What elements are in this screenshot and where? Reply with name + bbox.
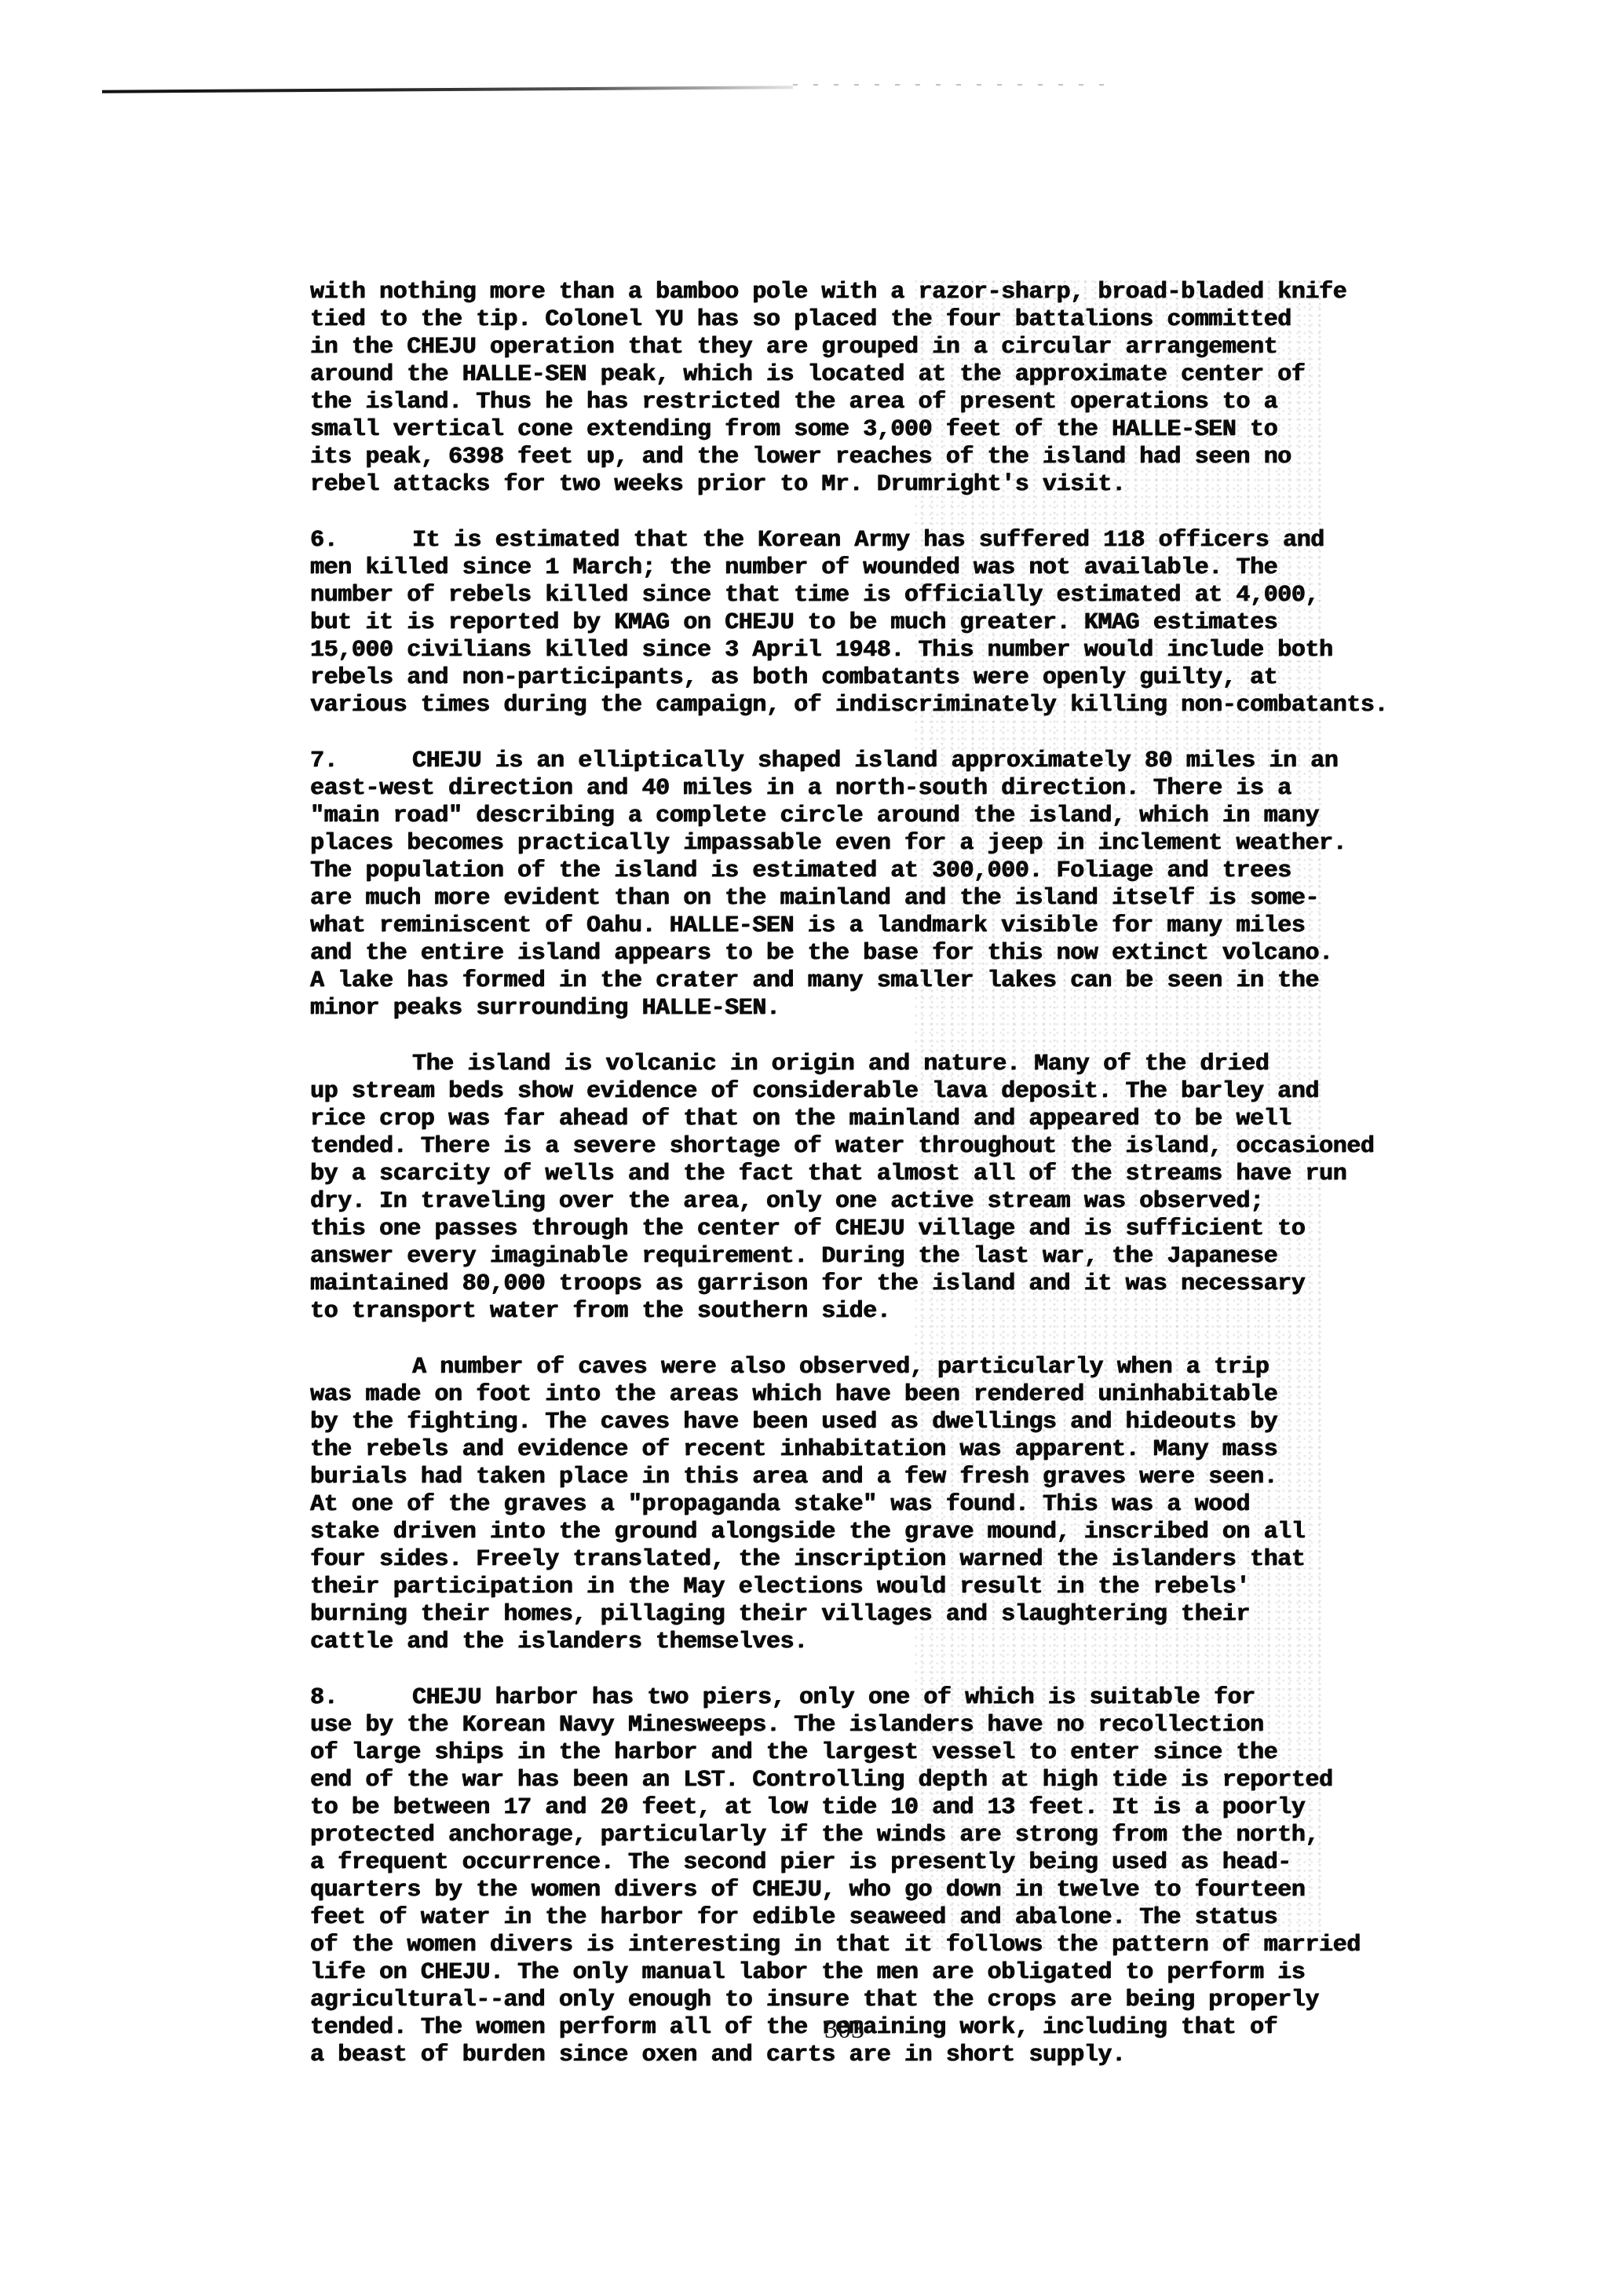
text-line: of large ships in the harbor and the lar… [310, 1739, 1323, 1767]
text-line: cattle and the islanders themselves. [310, 1629, 1323, 1656]
text-line: end of the war has been an LST. Controll… [310, 1767, 1323, 1794]
text-line: but it is reported by KMAG on CHEJU to b… [310, 609, 1323, 637]
text-line: burials had taken place in this area and… [310, 1464, 1323, 1491]
text-line: the rebels and evidence of recent inhabi… [310, 1436, 1323, 1464]
text-line: small vertical cone extending from some … [310, 416, 1323, 444]
paragraph-number: 6. [310, 527, 412, 554]
text-line: The island is volcanic in origin and nat… [310, 1051, 1323, 1078]
text-line: dry. In traveling over the area, only on… [310, 1188, 1323, 1216]
paragraph: with nothing more than a bamboo pole wit… [310, 279, 1323, 499]
text-line: 6.It is estimated that the Korean Army h… [310, 527, 1323, 554]
text-line: and the entire island appears to be the … [310, 940, 1323, 967]
text-line: answer every imaginable requirement. Dur… [310, 1243, 1323, 1270]
text-line: The population of the island is estimate… [310, 857, 1323, 885]
text-line: 8.CHEJU harbor has two piers, only one o… [310, 1684, 1323, 1712]
paragraph-number: 7. [310, 748, 412, 775]
text-line: burning their homes, pillaging their vil… [310, 1601, 1323, 1629]
text-line: use by the Korean Navy Minesweeps. The i… [310, 1712, 1323, 1739]
text-line: feet of water in the harbor for edible s… [310, 1904, 1323, 1932]
paragraph-gap [310, 499, 1323, 527]
text-line: tended. The women perform all of the rem… [310, 2014, 1323, 2042]
text-line: minor peaks surrounding HALLE-SEN. [310, 995, 1323, 1022]
text-line: a frequent occurrence. The second pier i… [310, 1849, 1323, 1877]
paragraph: 8.CHEJU harbor has two piers, only one o… [310, 1684, 1323, 2069]
text-line: east-west direction and 40 miles in a no… [310, 775, 1323, 803]
text-line: number of rebels killed since that time … [310, 582, 1323, 609]
text-line: by the fighting. The caves have been use… [310, 1409, 1323, 1436]
paragraph: 6.It is estimated that the Korean Army h… [310, 527, 1323, 719]
paragraph-number: 8. [310, 1684, 412, 1712]
text-line: quarters by the women divers of CHEJU, w… [310, 1877, 1323, 1904]
paragraph-gap [310, 1656, 1323, 1684]
text-line: by a scarcity of wells and the fact that… [310, 1161, 1323, 1188]
paragraph: A number of caves were also observed, pa… [310, 1354, 1323, 1656]
text-line: are much more evident than on the mainla… [310, 885, 1323, 912]
paragraph-gap [310, 1022, 1323, 1051]
top-rule-line [102, 86, 793, 93]
text-line: with nothing more than a bamboo pole wit… [310, 279, 1323, 306]
text-line: of the women divers is interesting in th… [310, 1932, 1323, 1959]
text-line: four sides. Freely translated, the inscr… [310, 1546, 1323, 1574]
text-line: maintained 80,000 troops as garrison for… [310, 1270, 1323, 1298]
text-line: to transport water from the southern sid… [310, 1298, 1323, 1325]
text-line: rebels and non-participants, as both com… [310, 664, 1323, 692]
text-line: stake driven into the ground alongside t… [310, 1519, 1323, 1546]
text-line: around the HALLE-SEN peak, which is loca… [310, 361, 1323, 389]
text-line: this one passes through the center of CH… [310, 1216, 1323, 1243]
paragraph-gap [310, 719, 1323, 748]
paragraph: 7.CHEJU is an elliptically shaped island… [310, 748, 1323, 1022]
document-body: with nothing more than a bamboo pole wit… [310, 279, 1323, 2069]
text-line: 15,000 civilians killed since 3 April 19… [310, 637, 1323, 664]
text-line: 7.CHEJU is an elliptically shaped island… [310, 748, 1323, 775]
text-line: A lake has formed in the crater and many… [310, 967, 1323, 995]
text-line: the island. Thus he has restricted the a… [310, 389, 1323, 416]
text-line: a beast of burden since oxen and carts a… [310, 2042, 1323, 2069]
text-line: "main road" describing a complete circle… [310, 803, 1323, 830]
text-line: up stream beds show evidence of consider… [310, 1078, 1323, 1106]
document-page: with nothing more than a bamboo pole wit… [310, 279, 1323, 1951]
text-line: places becomes practically impassable ev… [310, 830, 1323, 857]
text-line: what reminiscent of Oahu. HALLE-SEN is a… [310, 912, 1323, 940]
text-line: to be between 17 and 20 feet, at low tid… [310, 1794, 1323, 1822]
text-line: protected anchorage, particularly if the… [310, 1822, 1323, 1849]
paragraph-gap [310, 1325, 1323, 1354]
text-line: A number of caves were also observed, pa… [310, 1354, 1323, 1381]
top-rule-faint-line [793, 84, 1107, 86]
text-line: At one of the graves a "propaganda stake… [310, 1491, 1323, 1519]
text-line: tended. There is a severe shortage of wa… [310, 1133, 1323, 1161]
text-line: life on CHEJU. The only manual labor the… [310, 1959, 1323, 1987]
text-line: tied to the tip. Colonel YU has so place… [310, 306, 1323, 334]
text-line: their participation in the May elections… [310, 1574, 1323, 1601]
text-line: various times during the campaign, of in… [310, 692, 1323, 719]
text-line: agricultural--and only enough to insure … [310, 1987, 1323, 2014]
text-line: rebel attacks for two weeks prior to Mr.… [310, 471, 1323, 499]
text-line: men killed since 1 March; the number of … [310, 554, 1323, 582]
text-line: in the CHEJU operation that they are gro… [310, 334, 1323, 361]
text-line: its peak, 6398 feet up, and the lower re… [310, 444, 1323, 471]
text-line: was made on foot into the areas which ha… [310, 1381, 1323, 1409]
page-number: 303 [824, 2015, 864, 2045]
text-line: rice crop was far ahead of that on the m… [310, 1106, 1323, 1133]
paragraph: The island is volcanic in origin and nat… [310, 1051, 1323, 1325]
